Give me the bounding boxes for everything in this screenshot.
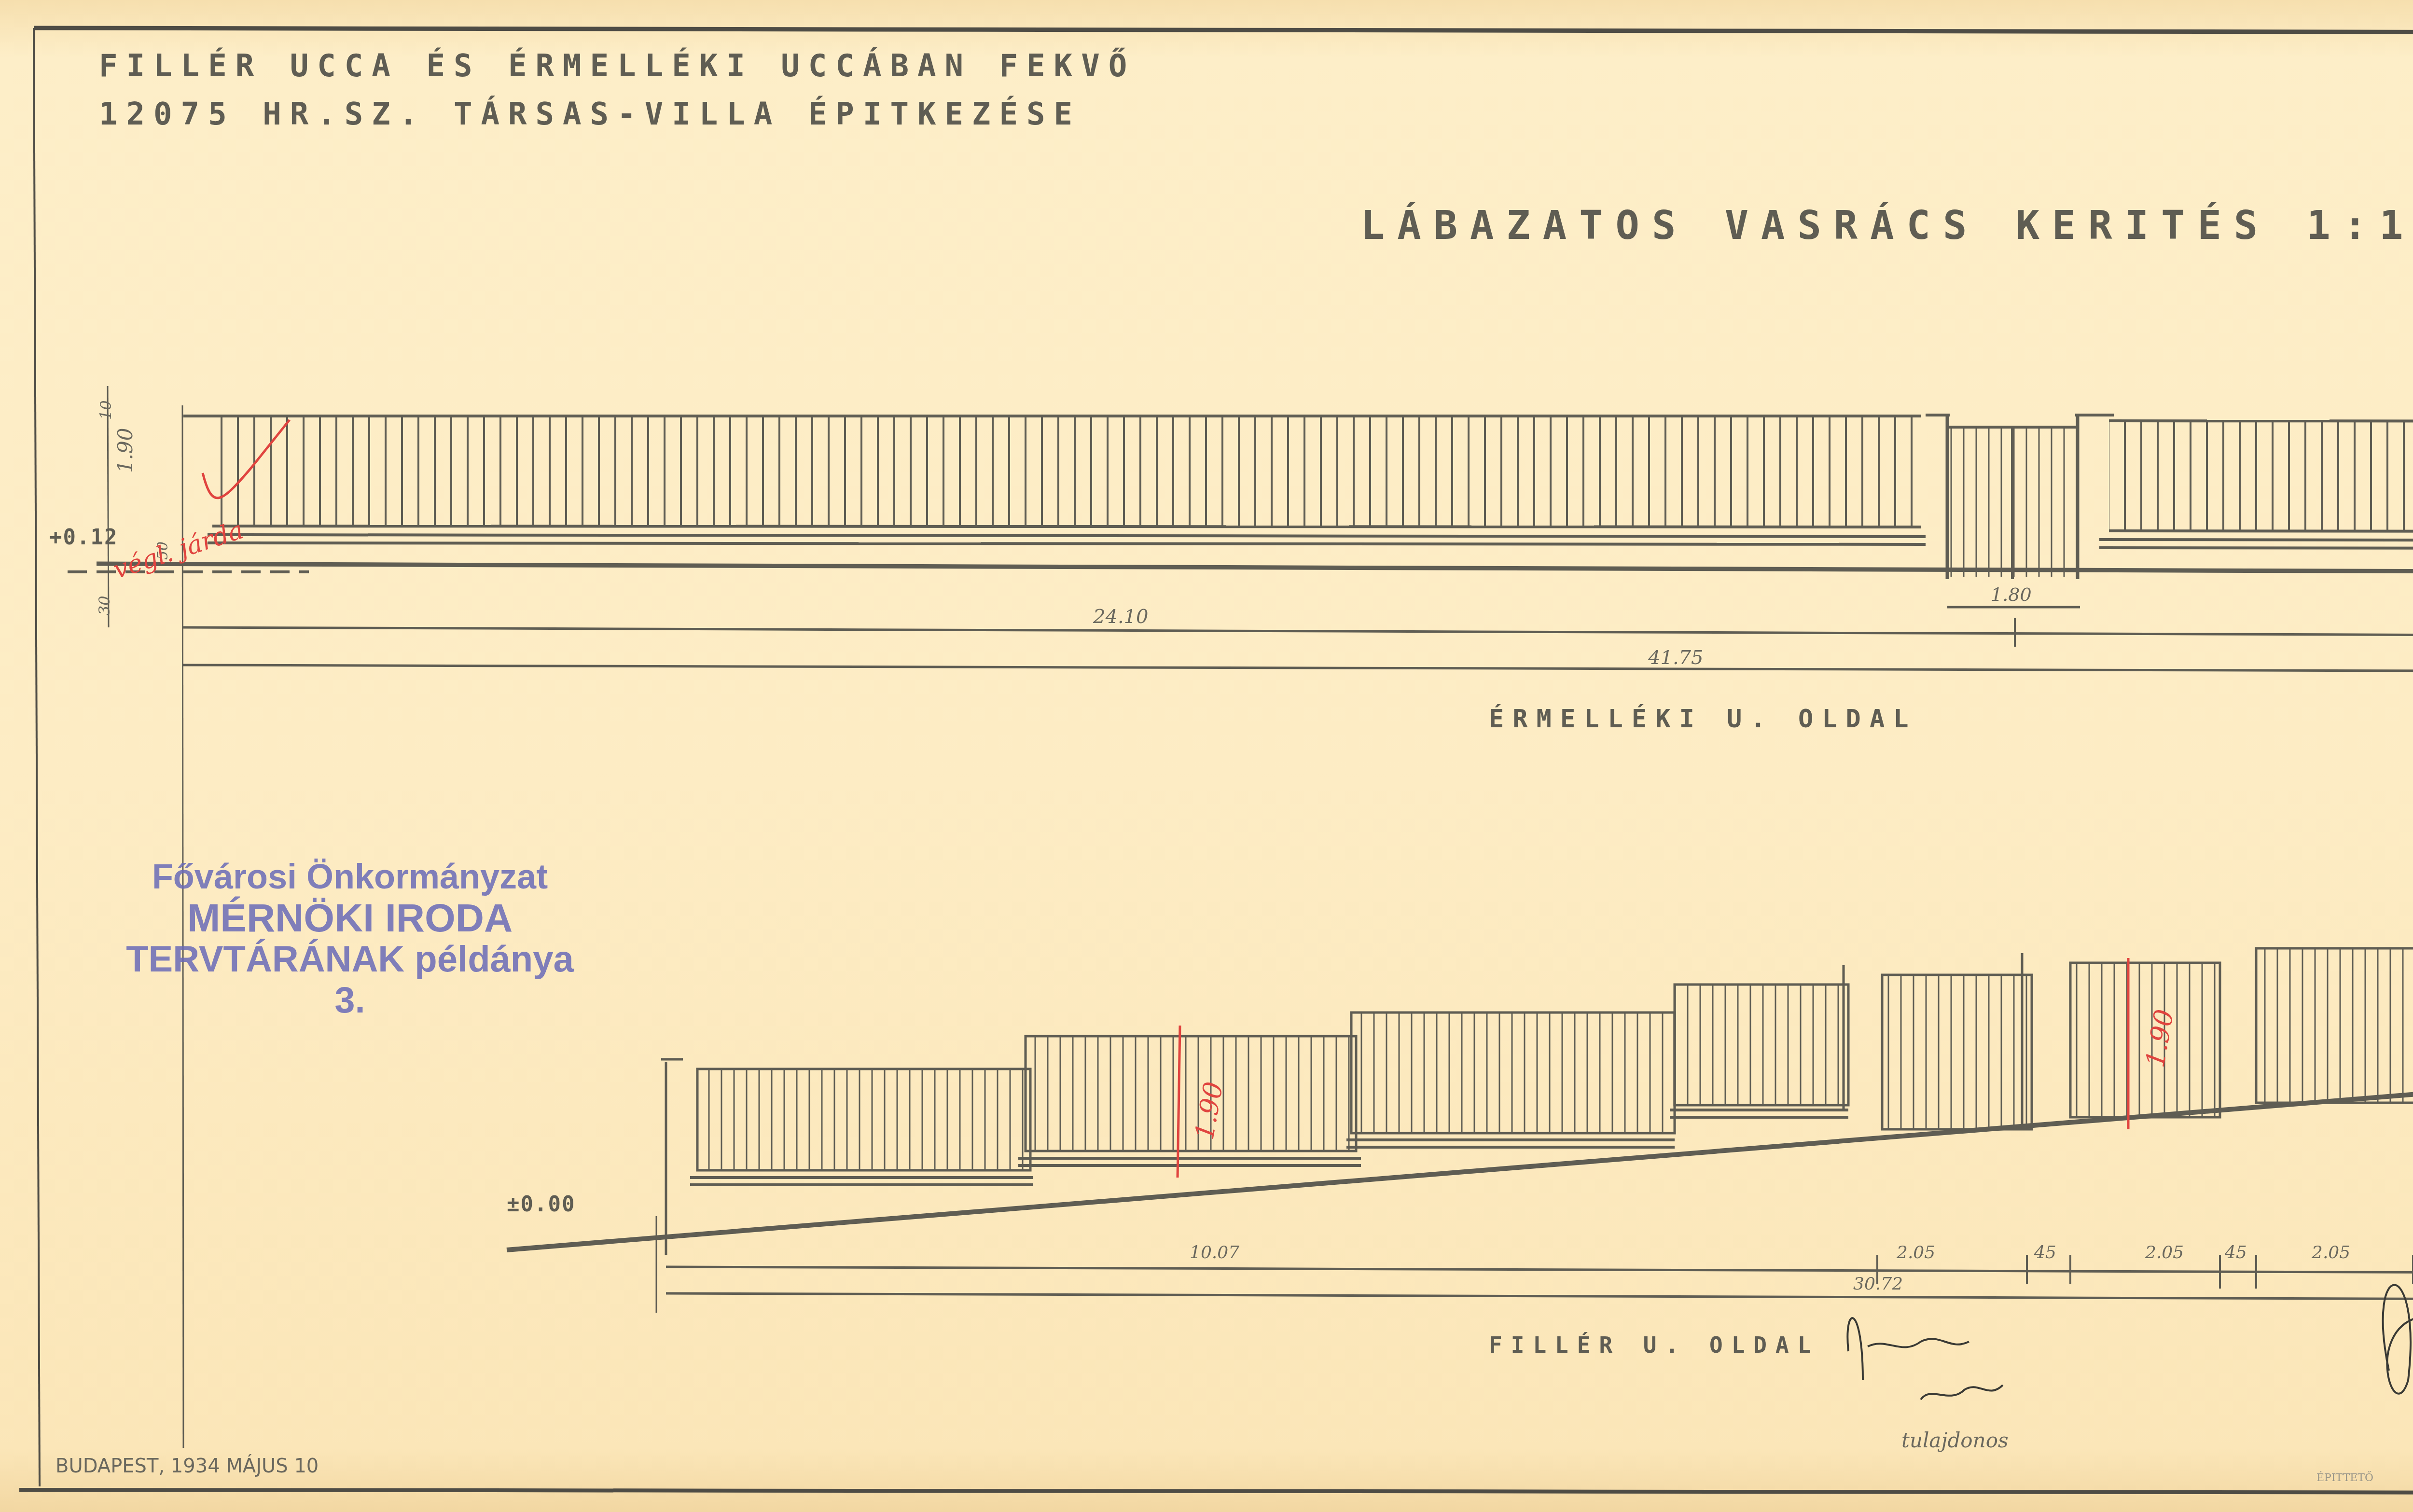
municipal-stamp: Fővárosi Önkormányzat MÉRNÖKI IRODA TERV…: [72, 857, 627, 1021]
dim-top-10: 10: [97, 400, 115, 420]
dim-total-top: 41.75: [1648, 647, 1704, 669]
dim-1007: 10.07: [1190, 1243, 1239, 1262]
dim-205-a: 2.05: [1897, 1243, 1935, 1262]
owner-note: tulajdonos: [1901, 1429, 2008, 1452]
municipal-stamp-line3: TERVTÁRÁNAK példánya: [72, 939, 627, 980]
dim-height-190: 1.90: [113, 428, 137, 473]
place-date: BUDAPEST, 1934 MÁJUS 10: [55, 1455, 319, 1477]
dim-gate-width: 1.80: [1991, 584, 2032, 605]
level-left-top: +0.12: [49, 525, 118, 550]
dim-45-b: 45: [2225, 1243, 2247, 1262]
caption-filler: FILLÉR U. OLDAL: [1489, 1332, 1819, 1358]
level-left-bottom: ±0.00: [507, 1192, 575, 1217]
dim-205-b: 2.05: [2145, 1243, 2184, 1262]
drawing-title: LÁBAZATOS VASRÁCS KERITÉS 1:100: [1361, 203, 2413, 249]
drawing-sheet: FILLÉR UCCA ÉS ÉRMELLÉKI UCCÁBAN FEKVŐ 1…: [0, 0, 2413, 1512]
dim-total-bottom: 30.72: [1853, 1274, 1903, 1294]
caption-ermelleki: ÉRMELLÉKI U. OLDAL: [1489, 705, 1917, 734]
dim-base-30: 30: [95, 596, 113, 615]
project-title-line1: FILLÉR UCCA ÉS ÉRMELLÉKI UCCÁBAN FEKVŐ: [99, 48, 1136, 84]
project-title-line2: 12075 HR.SZ. TÁRSAS-VILLA ÉPITKEZÉSE: [99, 97, 1081, 132]
dim-45-a: 45: [2034, 1243, 2056, 1262]
municipal-stamp-line4: 3.: [72, 980, 627, 1021]
signatures: [1847, 1255, 2413, 1457]
builder-label: ÉPITTETŐ: [2316, 1472, 2373, 1484]
municipal-stamp-line2: MÉRNÖKI IRODA: [72, 898, 627, 939]
municipal-stamp-line1: Fővárosi Önkormányzat: [72, 857, 627, 898]
dim-left-segment: 24.10: [1093, 606, 1149, 628]
dim-205-c: 2.05: [2312, 1243, 2350, 1262]
